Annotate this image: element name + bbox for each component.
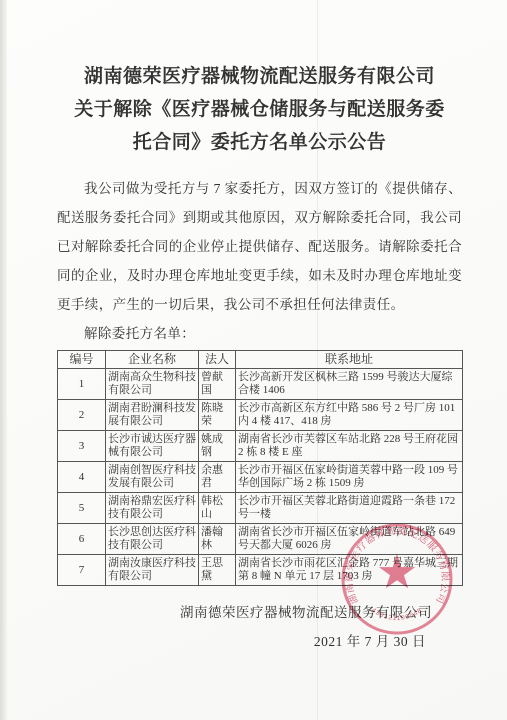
cell-no: 6 (58, 524, 106, 555)
scanned-notice-page: 湖南德荣医疗器械物流配送服务有限公司 关于解除《医疗器械仓储服务与配送服务委 托… (0, 0, 507, 720)
cell-address: 长沙市开福区伍家岭街道芙蓉中路一段 109 号华创国际广场 2 栋 1509 房 (236, 462, 463, 493)
table-row: 6 长沙思创达医疗科技有限公司 潘翰林 湖南省长沙市开福区伍家岭街道车站北路 6… (58, 524, 463, 555)
cell-legal-person: 余惠君 (199, 462, 236, 493)
cell-no: 1 (58, 369, 106, 400)
col-header-no: 编号 (58, 351, 106, 369)
cell-address: 长沙高新开发区枫林三路 1599 号骏达大厦综合楼 1406 (236, 369, 463, 400)
cell-no: 5 (58, 493, 106, 524)
col-header-address: 联系地址 (236, 351, 463, 369)
notice-title: 湖南德荣医疗器械物流配送服务有限公司 关于解除《医疗器械仓储服务与配送服务委 托… (57, 60, 462, 159)
cell-legal-person: 姚成钢 (199, 431, 236, 462)
cell-address: 长沙市开福区芙蓉北路街道迎霞路一条巷 172 号一楼 (236, 493, 463, 524)
cell-legal-person: 韩松山 (199, 493, 236, 524)
cell-address: 湖南省长沙市开福区伍家岭街道车站北路 649 号天都大厦 6026 房 (236, 524, 463, 555)
cell-company: 湖南创智医疗科技发展有限公司 (106, 462, 199, 493)
scan-edge-shadow (0, 0, 7, 720)
cell-legal-person: 曾献国 (199, 369, 236, 400)
table-header-row: 编号 企业名称 法人 联系地址 (58, 351, 463, 369)
document-content: 湖南德荣医疗器械物流配送服务有限公司 关于解除《医疗器械仓储服务与配送服务委 托… (57, 0, 462, 652)
table-row: 3 长沙市诚达医疗器械有限公司 姚成钢 湖南省长沙市芙蓉区车站北路 228 号王… (58, 431, 463, 462)
table-row: 7 湖南汝康医疗科技有限公司 王思黛 湖南省长沙市雨花区汇金路 777 号嘉华城… (58, 555, 463, 586)
cell-no: 2 (58, 400, 106, 431)
cell-address: 长沙市高新区东方红中路 586 号 2 号厂房 101 内 4 楼 417、41… (236, 400, 463, 431)
cell-legal-person: 潘翰林 (199, 524, 236, 555)
cell-company: 湖南高众生物科技有限公司 (106, 369, 199, 400)
cell-company: 长沙思创达医疗科技有限公司 (106, 524, 199, 555)
terminated-clients-table: 编号 企业名称 法人 联系地址 1 湖南高众生物科技有限公司 曾献国 长沙高新开… (57, 350, 463, 586)
notice-body-paragraph: 我公司做为受托方与 7 家委托方，因双方签订的《提供储存、配送服务委托合同》到期… (57, 174, 462, 319)
cell-address: 湖南省长沙市雨花区汇金路 777 号嘉华城三期第 8 幢 N 单元 17 层 1… (236, 555, 463, 586)
cell-address: 湖南省长沙市芙蓉区车站北路 228 号王府花园 2 栋 8 楼 E 座 (236, 431, 463, 462)
cell-legal-person: 王思黛 (199, 555, 236, 586)
cell-company: 湖南裕鼎宏医疗科技有限公司 (106, 493, 199, 524)
notice-title-line-3: 托合同》委托方名单公示公告 (57, 126, 462, 159)
col-header-legal-person: 法人 (199, 351, 236, 369)
table-row: 2 湖南君盼澜科技发展有限公司 陈晓荣 长沙市高新区东方红中路 586 号 2 … (58, 400, 463, 431)
signature-date: 2021 年 7 月 30 日 (57, 632, 462, 652)
signature-company-name: 湖南德荣医疗器械物流配送服务有限公司 (57, 603, 462, 623)
notice-title-line-2: 关于解除《医疗器械仓储服务与配送服务委 (57, 93, 462, 126)
cell-no: 4 (58, 462, 106, 493)
cell-no: 7 (58, 555, 106, 586)
col-header-company: 企业名称 (106, 351, 199, 369)
table-row: 5 湖南裕鼎宏医疗科技有限公司 韩松山 长沙市开福区芙蓉北路街道迎霞路一条巷 1… (58, 493, 463, 524)
cell-company: 长沙市诚达医疗器械有限公司 (106, 431, 199, 462)
table-row: 1 湖南高众生物科技有限公司 曾献国 长沙高新开发区枫林三路 1599 号骏达大… (58, 369, 463, 400)
roster-heading: 解除委托方名单： (57, 319, 462, 348)
cell-company: 湖南君盼澜科技发展有限公司 (106, 400, 199, 431)
cell-no: 3 (58, 431, 106, 462)
notice-title-line-1: 湖南德荣医疗器械物流配送服务有限公司 (57, 60, 462, 93)
cell-legal-person: 陈晓荣 (199, 400, 236, 431)
table-row: 4 湖南创智医疗科技发展有限公司 余惠君 长沙市开福区伍家岭街道芙蓉中路一段 1… (58, 462, 463, 493)
cell-company: 湖南汝康医疗科技有限公司 (106, 555, 199, 586)
